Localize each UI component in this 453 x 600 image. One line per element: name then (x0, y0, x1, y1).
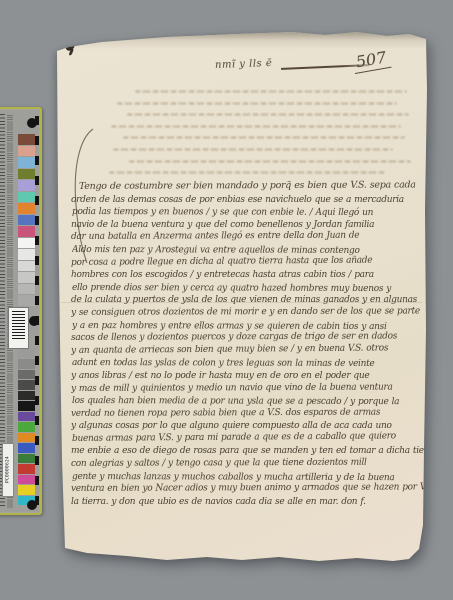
header-inscription: nmĩ y lls ē (215, 58, 273, 71)
manuscript-line: por cosa a podre llegue en dicha al quat… (71, 254, 424, 269)
color-patch (18, 295, 35, 306)
color-patch (18, 412, 35, 421)
color-calibration-strip: PC0000624 (0, 107, 42, 515)
manuscript-line: la tierra. y don que ubio es de navios c… (71, 496, 424, 509)
manuscript-line: ventura en bien yo Nacer adios y muy bue… (71, 482, 424, 496)
color-patch (18, 485, 35, 494)
color-patch (18, 261, 35, 272)
color-patch (18, 475, 35, 484)
color-patch (18, 391, 35, 400)
bleed-line (111, 125, 401, 128)
color-patch (18, 238, 35, 249)
manuscript-line: orden de las demas cosas de por enbias e… (71, 194, 424, 207)
manuscript-line: y se consiguen otros dozientos de mi mor… (71, 305, 424, 319)
reference-number-label: PC0000624 (2, 443, 14, 497)
manuscript-line: dar una batalla en Anzerma antes llegó e… (71, 230, 424, 244)
manuscript-line: y an quanta de arriecas son bien que muy… (71, 342, 424, 357)
color-patch (18, 284, 35, 295)
color-patch (18, 464, 35, 473)
edge-tick-marks (35, 116, 39, 506)
barcode-label (8, 307, 29, 349)
registration-dot-bottom-icon (27, 500, 37, 510)
manuscript-line: y mas de mill y quinientos y medio un na… (71, 381, 424, 395)
registration-dot-middle-icon (29, 316, 39, 326)
manuscript-line: Tengo de costumbre ser bien mandado y po… (71, 179, 424, 193)
color-patch (18, 272, 35, 283)
lower-color-patches (18, 349, 35, 505)
color-patch (18, 157, 35, 168)
color-patch (18, 422, 35, 431)
manuscript-page-wrapper: nmĩ y lls ē 507 Tengo de costumbre ser b… (57, 30, 427, 565)
upper-color-patches (18, 134, 35, 306)
manuscript-line: buenas armas para V.S. y para mi parade … (72, 430, 424, 445)
bleedthrough-text (109, 90, 411, 186)
manuscript-line: verdad no tienen ropa pero sabia bien qu… (71, 406, 424, 420)
color-patch (18, 349, 35, 358)
bleed-line (127, 113, 409, 116)
color-patch (18, 370, 35, 379)
barcode-icon (12, 311, 25, 339)
reference-number-text: PC0000624 (6, 444, 11, 496)
manuscript-text: Tengo de costumbre ser bien mandado y po… (71, 181, 424, 508)
color-patch (18, 443, 35, 452)
color-patch (18, 192, 35, 203)
bleed-line (117, 102, 397, 105)
color-patch (18, 401, 35, 410)
color-patch (18, 249, 35, 260)
manuscript-line: con alegrias y saltos / y tengo casa y q… (71, 457, 424, 471)
manuscript-line: y anos libras / est no lo pode ir hasta … (71, 370, 424, 383)
calibration-strip-body: PC0000624 (0, 110, 39, 512)
manuscript-line: hombres con los escogidos / y entretecas… (71, 269, 424, 282)
manuscript-paper: nmĩ y lls ē 507 Tengo de costumbre ser b… (57, 30, 427, 565)
color-patch (18, 226, 35, 237)
color-patch (18, 134, 35, 145)
color-patch (18, 169, 35, 180)
color-patch (18, 180, 35, 191)
bleed-line (113, 148, 393, 151)
color-patch (18, 215, 35, 226)
bleed-line (109, 171, 385, 174)
color-patch (18, 433, 35, 442)
bleed-line (123, 136, 405, 139)
color-patch (18, 146, 35, 157)
registration-dot-top-icon (27, 118, 37, 128)
color-patch (18, 359, 35, 368)
color-patch (18, 380, 35, 389)
color-patch (18, 203, 35, 214)
bleed-line (129, 160, 411, 163)
bleed-line (135, 90, 407, 93)
color-patch (18, 454, 35, 463)
